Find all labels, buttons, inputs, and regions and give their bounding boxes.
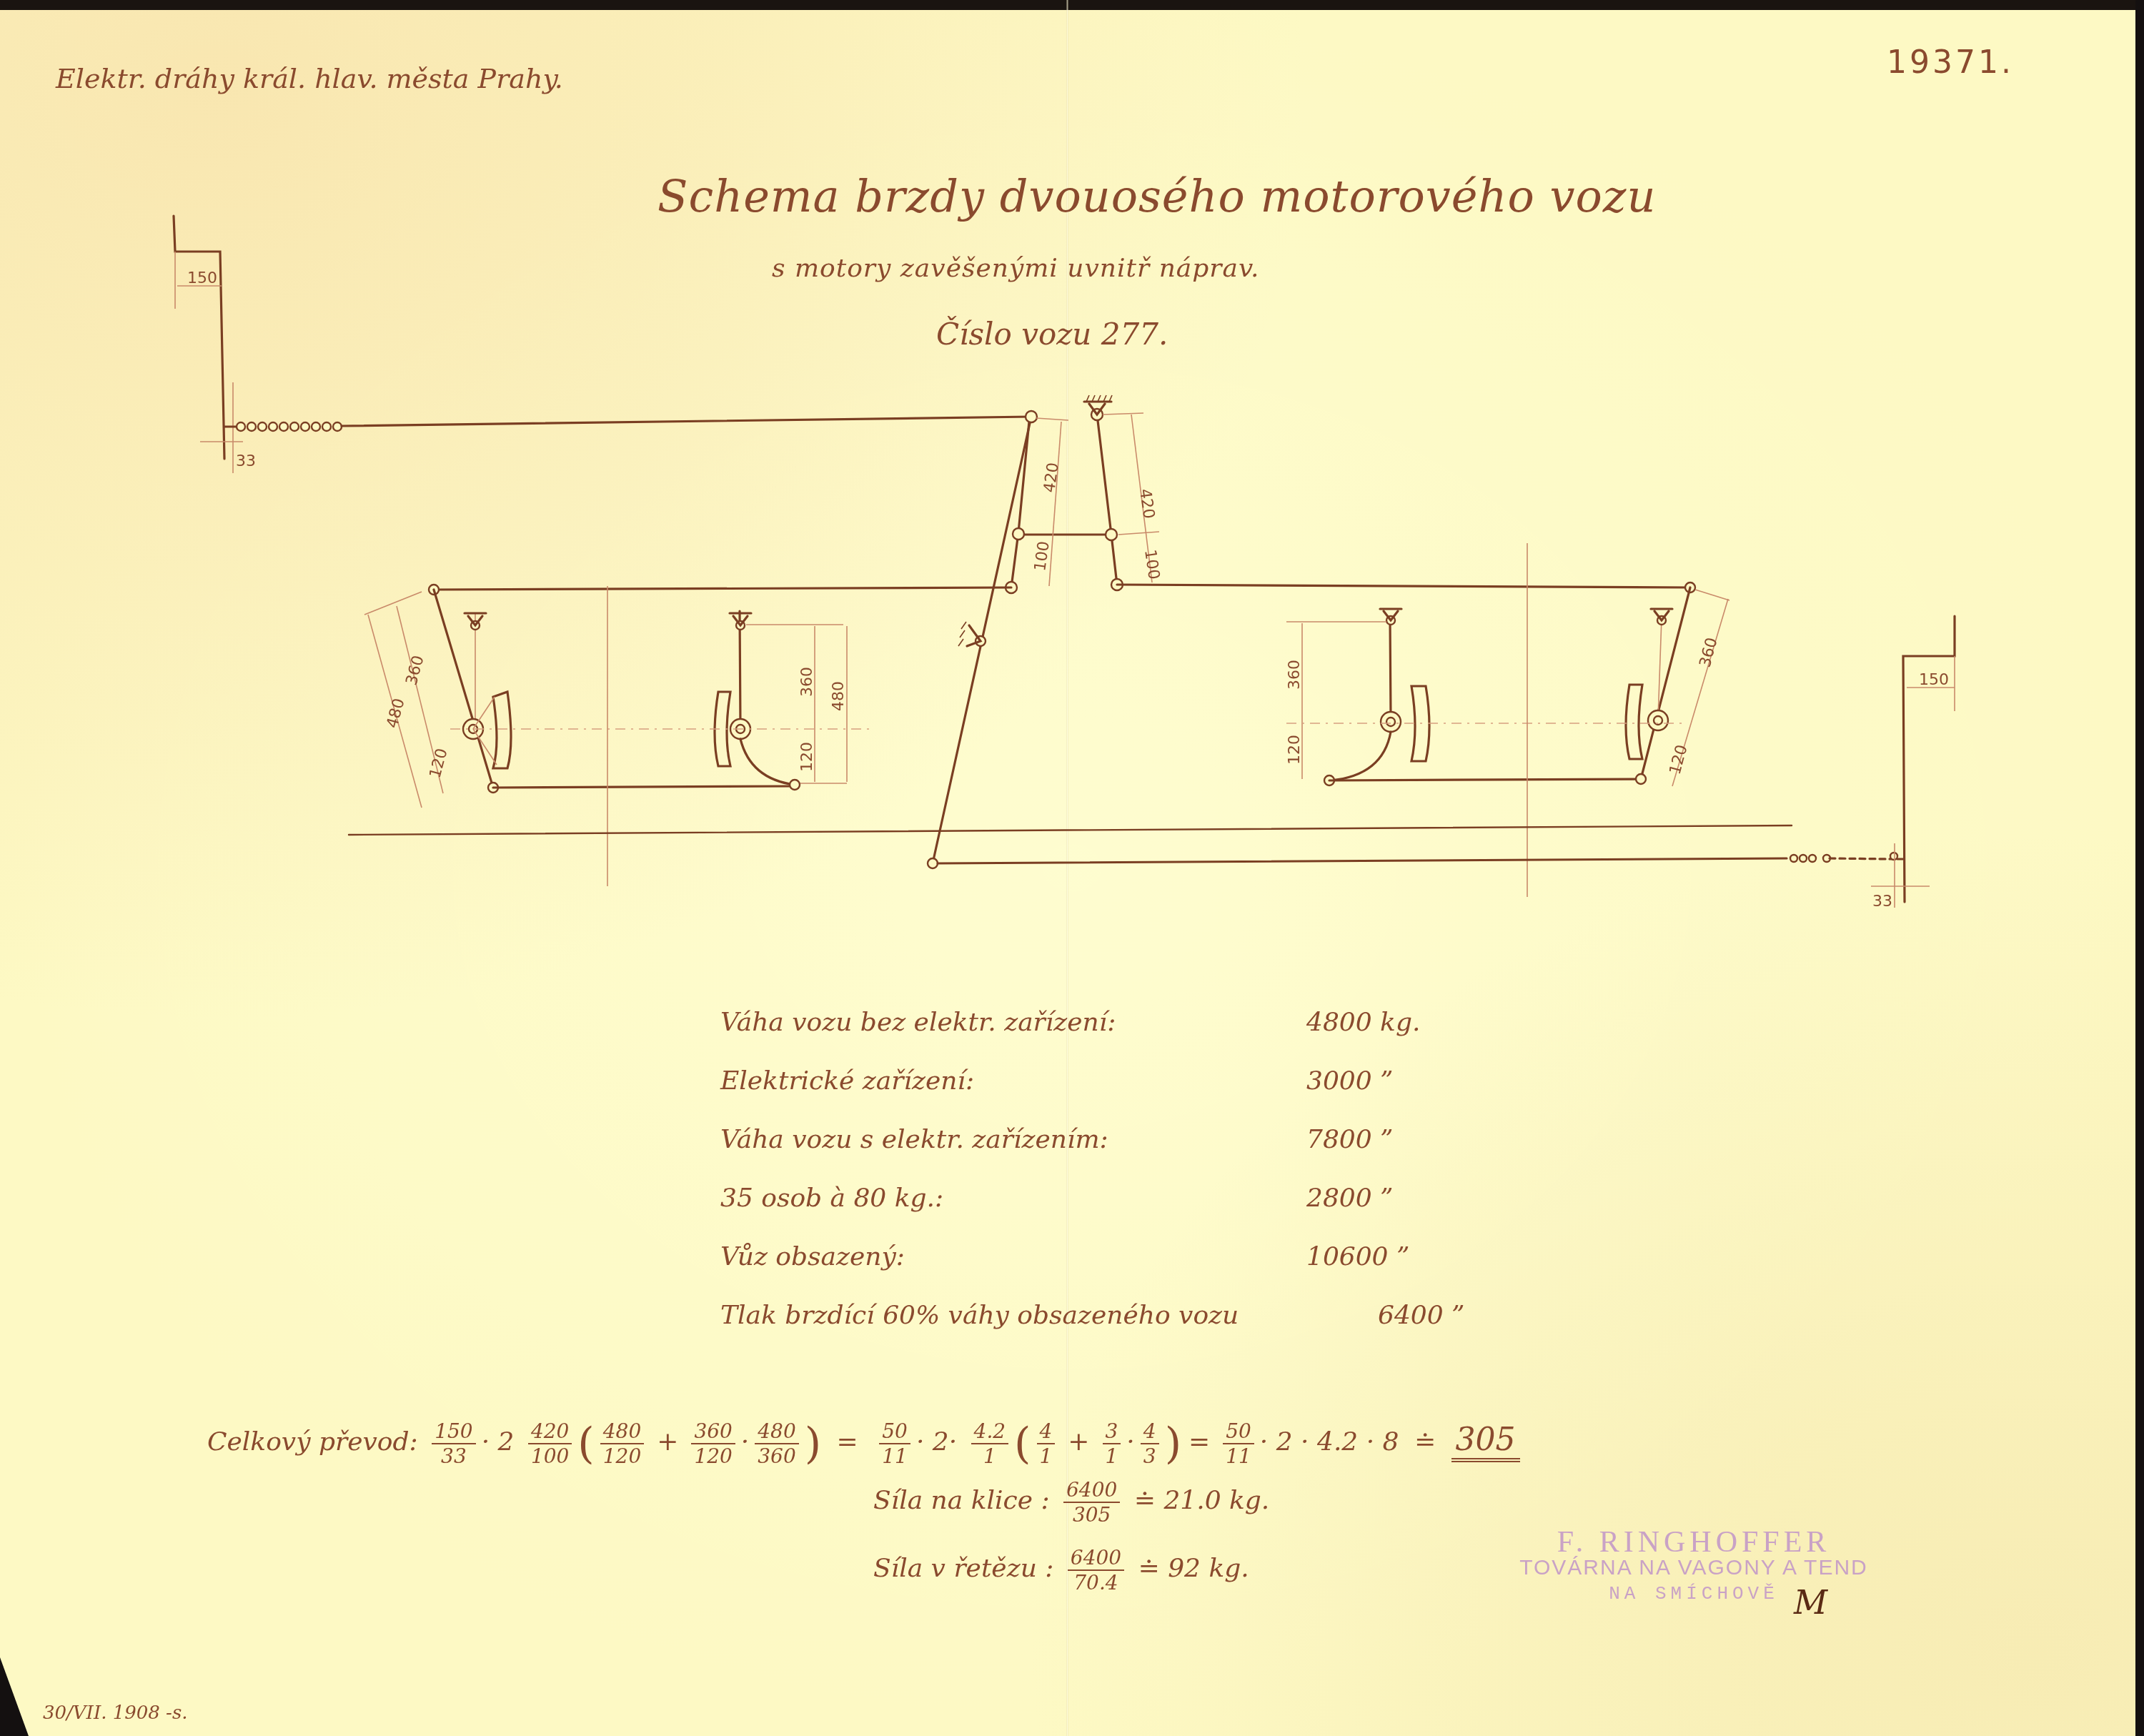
- weight-row: 35 osob à 80 kg.: 2800 ”: [720, 1184, 1471, 1242]
- brake-unit-2: 360 120 480: [715, 611, 848, 790]
- date-annotation: 30/VII. 1908 -s.: [43, 1702, 188, 1724]
- weight-row: Váha vozu s elektr. zařízením: 7800 ”: [720, 1125, 1471, 1184]
- central-lever-assembly: 420 100 420 100: [933, 395, 1163, 863]
- right-crank-handle: 150 33: [1871, 616, 1955, 911]
- brake-unit-4: 360 120: [1626, 582, 1729, 786]
- weight-row: Elektrické zařízení: 3000 ”: [720, 1066, 1471, 1125]
- brake-unit-3: 360 120: [1286, 609, 1640, 785]
- svg-text:480: 480: [830, 681, 848, 711]
- svg-text:33: 33: [1872, 893, 1892, 911]
- svg-text:150: 150: [187, 269, 217, 287]
- svg-text:480: 480: [384, 697, 409, 730]
- chain-force-formula: Síla v řetězu : 640070.4 ≐ 92 kg.: [873, 1546, 1249, 1594]
- svg-text:360: 360: [403, 654, 428, 688]
- svg-text:420: 420: [1136, 487, 1158, 520]
- left-crank-handle: 150 33: [174, 216, 256, 473]
- crank-force-formula: Síla na klice : 6400305 ≐ 21.0 kg.: [873, 1478, 1269, 1527]
- signature-initial: M: [1794, 1583, 1827, 1622]
- svg-text:360: 360: [1286, 660, 1304, 690]
- right-chain: [928, 853, 1903, 868]
- svg-text:360: 360: [1697, 636, 1722, 670]
- svg-text:120: 120: [798, 742, 816, 772]
- total-ratio-result: 305: [1451, 1422, 1520, 1462]
- weight-row: Váha vozu bez elektr. zařízení: 4800 kg.: [720, 1008, 1471, 1066]
- left-upper-rod: [434, 587, 1011, 590]
- svg-text:420: 420: [1041, 462, 1063, 494]
- manufacturer-stamp: F. RINGHOFFER TOVÁRNA NA VAGONY A TEND N…: [1494, 1529, 1894, 1607]
- weight-row-braking-pressure: Tlak brzdící 60% váhy obsazeného vozu 64…: [720, 1301, 1471, 1359]
- car-floor-line: [349, 825, 1792, 835]
- svg-text:33: 33: [236, 452, 256, 470]
- svg-text:150: 150: [1919, 671, 1949, 689]
- svg-text:120: 120: [1286, 735, 1304, 765]
- svg-text:120: 120: [427, 747, 452, 780]
- svg-text:100: 100: [1141, 548, 1163, 580]
- total-ratio-formula: Celkový převod: 15033· 2 420100(480120+3…: [207, 1419, 1520, 1469]
- weight-row: Vůz obsazený: 10600 ”: [720, 1242, 1471, 1301]
- brake-schematic: 150 33: [0, 0, 2144, 1736]
- left-chain: [224, 417, 1031, 431]
- svg-text:120: 120: [1667, 743, 1692, 777]
- svg-text:360: 360: [798, 667, 816, 697]
- weight-table: Váha vozu bez elektr. zařízení: 4800 kg.…: [720, 1008, 1471, 1359]
- drawing-sheet: Elektr. dráhy král. hlav. města Prahy. 1…: [0, 0, 2144, 1736]
- right-upper-rod: [1117, 585, 1692, 587]
